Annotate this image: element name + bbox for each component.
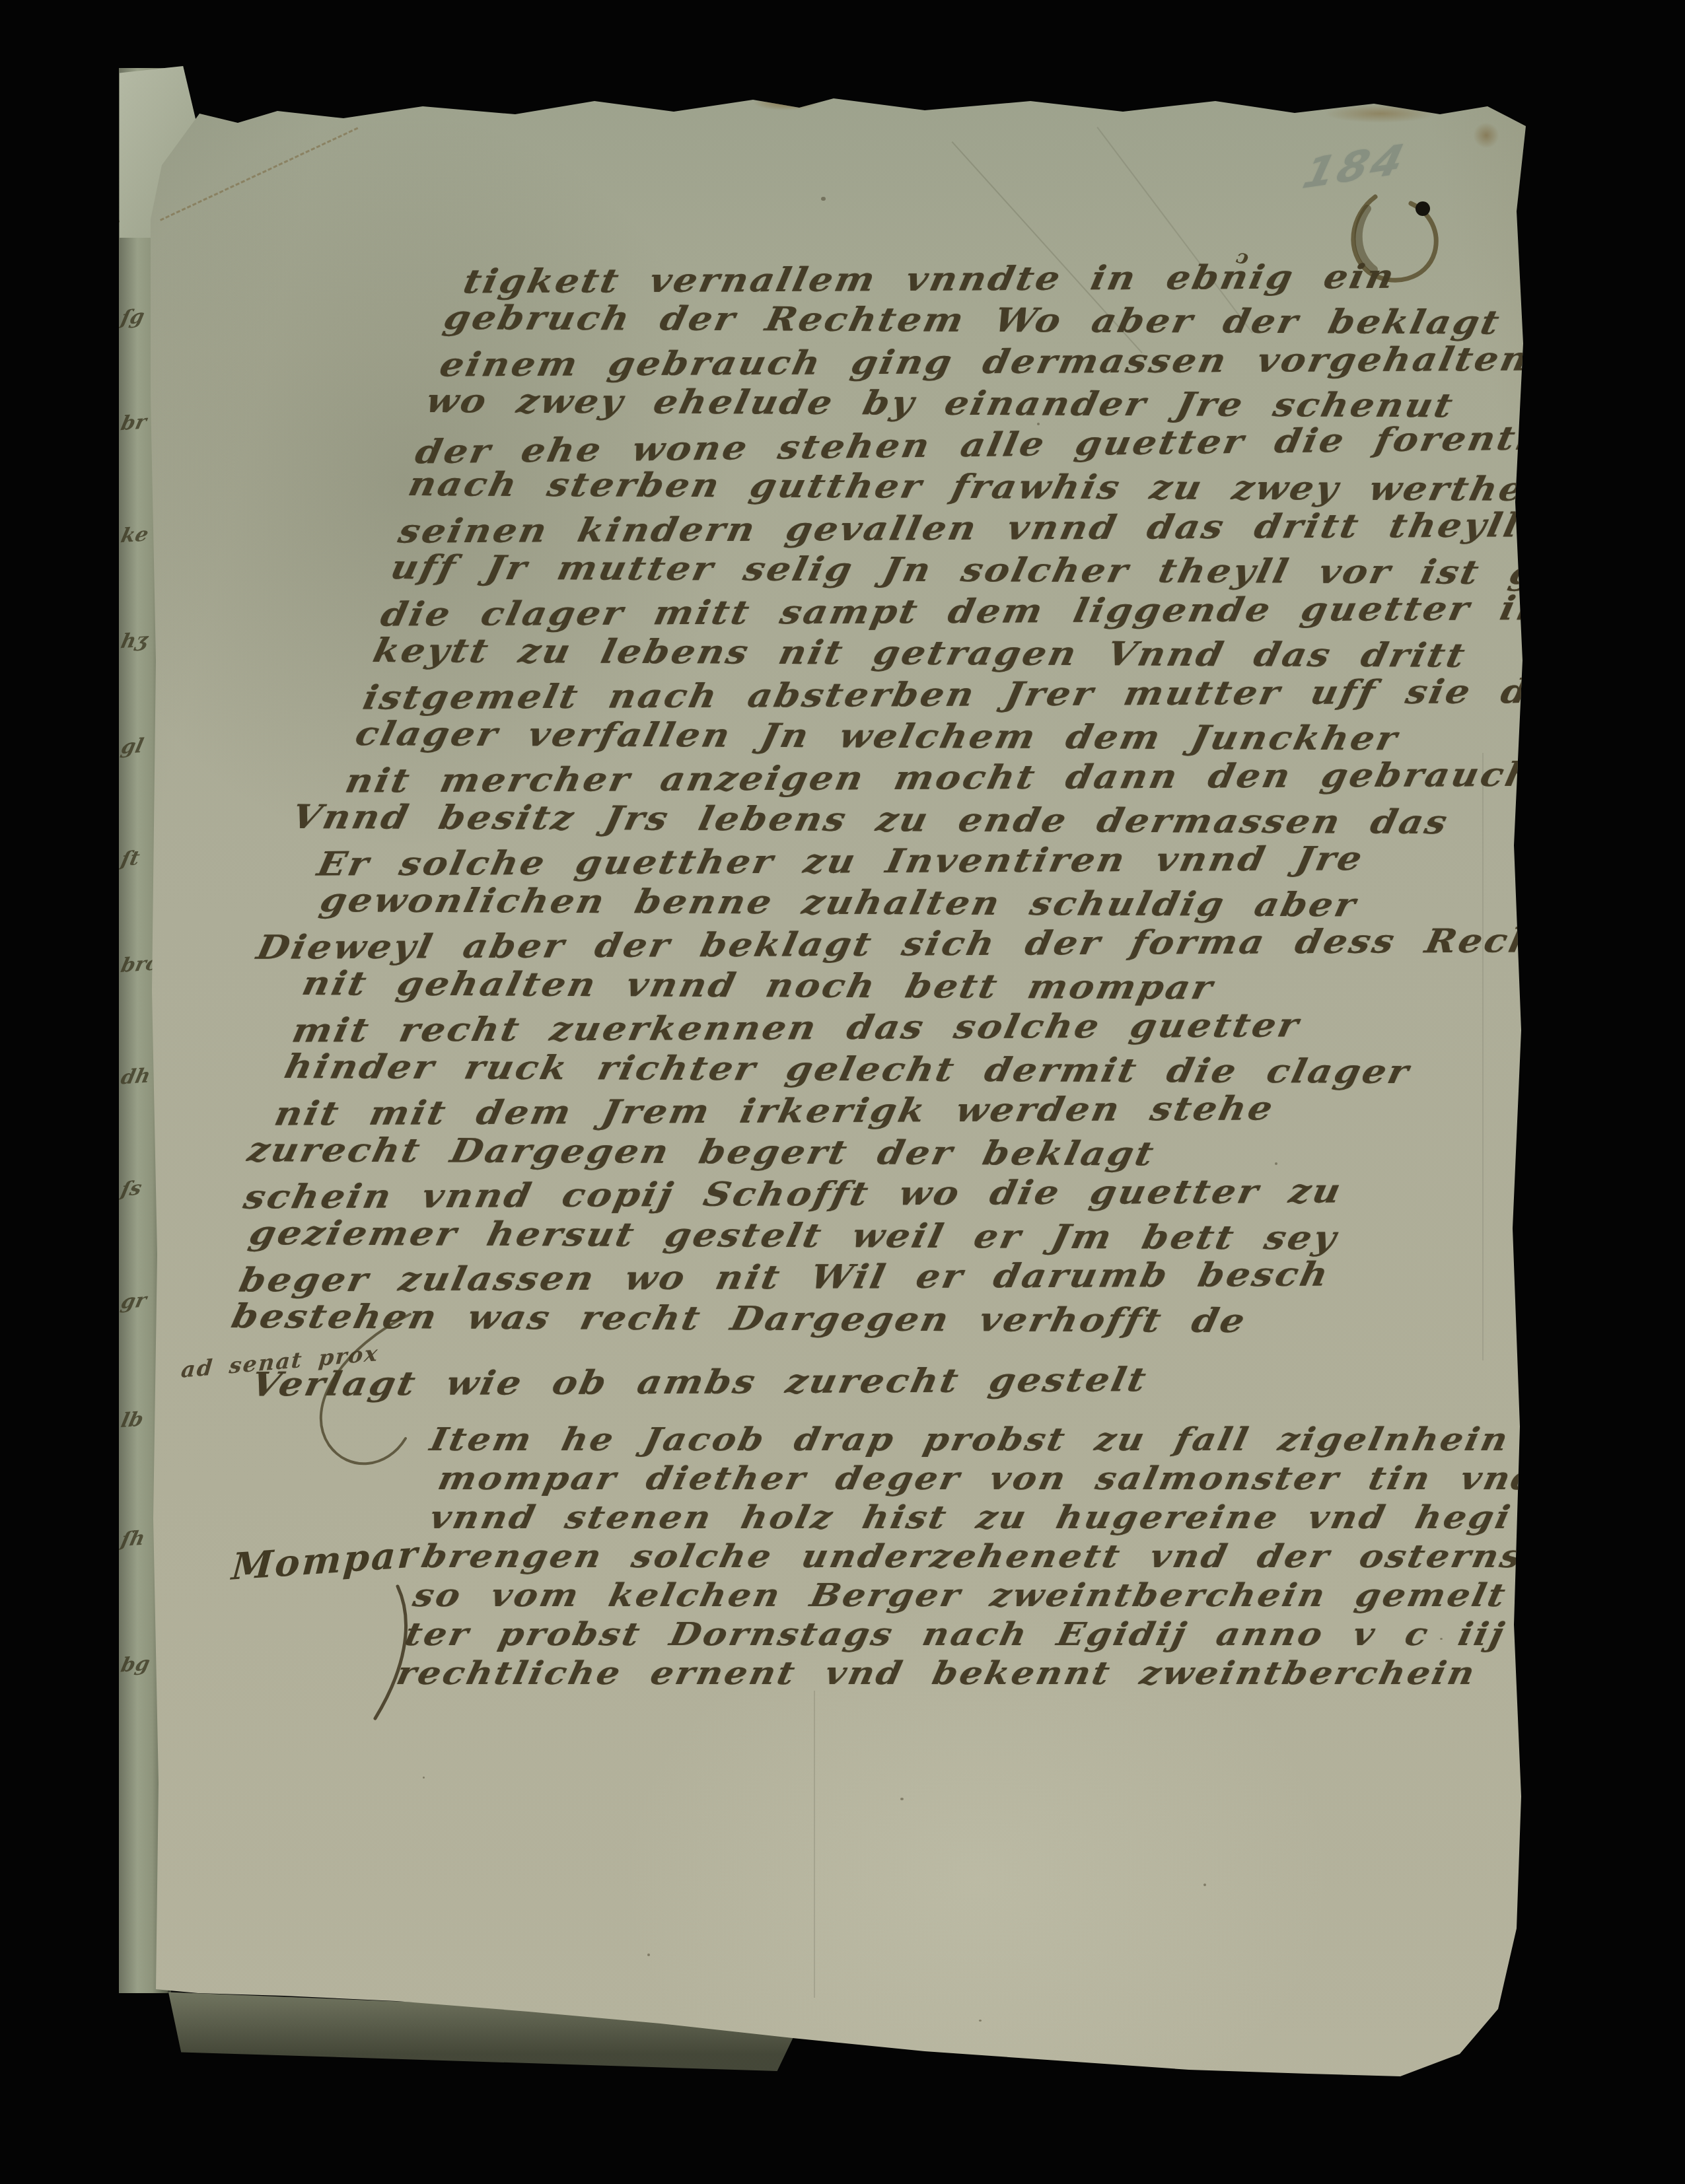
main-text-block: tigkett vernallem vnndte in ebnig ein ge… <box>214 259 1567 1403</box>
bleed-text-fragment: ke <box>119 523 151 548</box>
bleed-text-fragment: hʒ <box>119 629 150 654</box>
text-line: gebruch der Rechtem Wo aber der beklagt … <box>440 298 1558 345</box>
text-line: nit gehalten vnnd noch bett mompar <box>299 964 1416 1010</box>
text-line: einem gebrauch ging dermassen vorgehalte… <box>436 339 1550 386</box>
paper-speck <box>502 814 504 816</box>
text-line: Vnnd besitz Jrs lebens zu ende dermassen… <box>288 797 1451 844</box>
ink-dot <box>1416 201 1430 216</box>
paper-crease <box>814 1691 815 1998</box>
bleed-text-fragment: ſs <box>119 1177 144 1201</box>
paper-speck <box>900 1798 904 1800</box>
text-line: clager verfallen Jn welchem dem Junckher <box>351 714 1469 761</box>
bleed-text-fragment: ſt <box>119 847 142 871</box>
text-line: nach sterben gutther frawhis zu zwey wer… <box>404 464 1522 511</box>
paper-speck <box>821 197 826 201</box>
text-line: bestehen was recht Dargegen verhofft de <box>227 1296 1345 1343</box>
folio-number: 184 <box>1298 135 1411 199</box>
paper-fold-line <box>160 127 358 221</box>
text-line: die clager mitt sampt dem liggende guett… <box>377 588 1497 636</box>
bleed-text-fragment: lb <box>119 1408 145 1432</box>
text-line: tigkett vernallem vnndte in ebnig ein <box>460 256 1567 303</box>
bleed-text-fragment: ſg <box>119 305 147 330</box>
text-line: mit recht zuerkennen das solche guetter <box>289 1004 1408 1052</box>
text-line: Dieweyl aber der beklagt sich der forma … <box>253 921 1426 969</box>
paper-speck <box>1275 1162 1277 1165</box>
text-line: beger zulassen wo nit Wil er darumb besc… <box>235 1254 1355 1302</box>
text-line: Item he Jacob drap probst zu fall zigeln… <box>426 1421 1559 1460</box>
paper-speck <box>423 1777 425 1779</box>
text-line: nit mercher anzeigen mocht dann den gebr… <box>341 755 1461 802</box>
text-line: mompar diether deger von salmonster tin … <box>435 1460 1551 1499</box>
text-line: schein vnnd copij Schofft wo die guetter… <box>240 1171 1373 1218</box>
paper-speck <box>1203 1884 1206 1886</box>
text-line: rechtliche ernent vnd bekennt zweintberc… <box>393 1655 1509 1694</box>
bleed-text-fragment: ſh <box>119 1527 147 1551</box>
paper-speck <box>720 1473 722 1475</box>
paper-speck <box>1440 1638 1443 1640</box>
text-line: gewonlichen benne zuhalten schuldig aber <box>316 880 1433 927</box>
photo-backdrop: ʒh ſg br ke hʒ gl ſt bro dh ſs gr lb ſh … <box>0 0 1685 2184</box>
text-line: nit mit dem Jrem irkerigk werden stehe <box>271 1088 1390 1135</box>
margin-note-mompar: Mompar <box>231 1532 421 1588</box>
text-line: uff Jr mutter selig Jn solcher theyll vo… <box>387 547 1505 594</box>
text-line: zurecht Dargegen begert der beklagt <box>244 1130 1380 1177</box>
paper-crease <box>1482 753 1484 1360</box>
paper-speck <box>1037 423 1040 425</box>
text-line: ter probst Dornstags nach Egidij anno v … <box>401 1616 1517 1655</box>
text-line: brengen solche underzehenett vnd der ost… <box>417 1538 1534 1577</box>
bleed-text-fragment: br <box>119 411 149 435</box>
text-line: so vom kelchen Berger zweintberchein gem… <box>410 1577 1526 1616</box>
item-paragraph: Item he Jacob drap probst zu fall zigeln… <box>376 1421 1559 1694</box>
text-line: istgemelt nach absterben Jrer mutter uff… <box>359 672 1479 719</box>
paper-speck <box>979 2020 982 2022</box>
bleed-text-fragment: dh <box>119 1065 153 1090</box>
paper-speck <box>1387 614 1390 617</box>
text-line: keytt zu lebens nit getragen Vnnd das dr… <box>369 631 1487 678</box>
text-line: Verlagt wie ob ambs zurecht gestelt <box>247 1359 1332 1407</box>
bleed-text-fragment: gl <box>119 734 145 759</box>
text-line: Er solche guetther zu Inventiren vnnd Jr… <box>314 838 1444 886</box>
manuscript-page: 184 ɔ tigkett vernallem vnndte in ebnig … <box>0 0 1685 2184</box>
bleed-text-fragment: gr <box>119 1289 149 1314</box>
text-line: geziemer hersut gestelt weil er Jm bett … <box>245 1213 1363 1260</box>
text-line: hinder ruck richter gelecht dermit die c… <box>281 1047 1398 1094</box>
bleed-text-fragment: bg <box>119 1652 152 1677</box>
text-line: seinen kindern gevallen vnnd das dritt t… <box>395 505 1515 553</box>
paper-speck <box>647 1954 650 1956</box>
text-line: vnnd stenen holz hist zu hugereine vnd h… <box>426 1499 1542 1538</box>
